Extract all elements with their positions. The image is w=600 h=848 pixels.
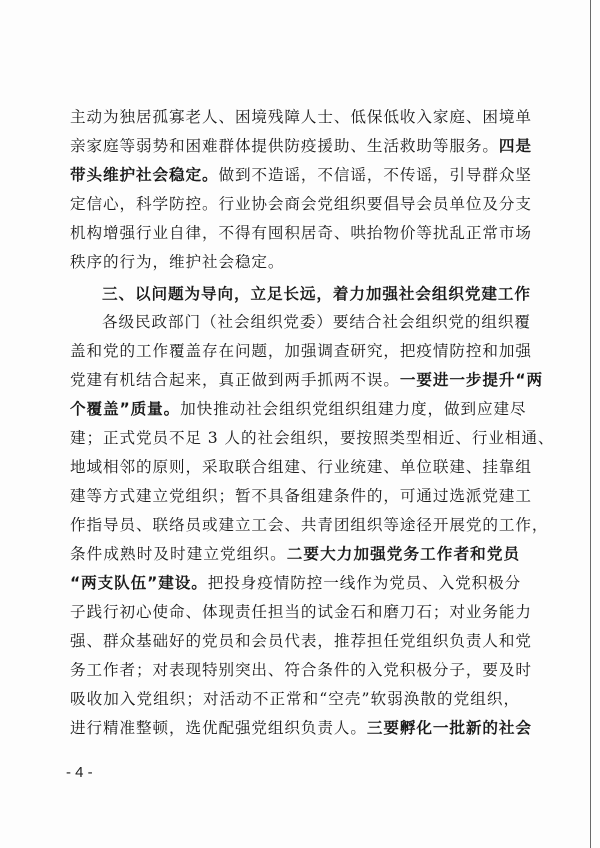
text-line: 条件成熟时及时建立党组织。二要大力加强党务工作者和党员 bbox=[70, 544, 520, 564]
text-segment: 条件成熟时及时建立党组织。 bbox=[70, 545, 287, 563]
text-line: 务工作者；对表现特别突出、符合条件的入党积极分子，要及时 bbox=[70, 660, 520, 680]
page-number: - 4 - bbox=[66, 764, 93, 781]
text-segment: 秩序的行为，维护社会稳定。 bbox=[70, 253, 284, 271]
text-segment: 子践行初心使命、体现责任担当的试金石和磨刀石；对业务能力 bbox=[70, 603, 532, 621]
text-segment: 进行精准整顿，选优配强党组织负责人。 bbox=[70, 719, 367, 737]
page-edge-line bbox=[590, 0, 591, 848]
text-line: 强、群众基础好的党员和会员代表，推荐担任党组织负责人和党 bbox=[70, 631, 520, 651]
text-segment: 做到不造谣，不信谣，不传谣，引导群众坚 bbox=[218, 166, 531, 184]
text-segment: 盖和党的工作覆盖存在问题，加强调查研究，把疫情防控和加强 bbox=[70, 342, 532, 360]
text-line: 主动为独居孤寡老人、困境残障人士、低保低收入家庭、困境单 bbox=[70, 107, 520, 127]
text-line: 党建有机结合起来，真正做到两手抓两不误。一要进一步提升“两 bbox=[70, 370, 520, 390]
text-segment: 务工作者；对表现特别突出、符合条件的入党积极分子，要及时 bbox=[70, 661, 532, 679]
text-segment: 作指导员、联络员或建立工会、共青团组织等途径开展党的工作， bbox=[70, 516, 548, 534]
text-segment: 加快推动社会组织党组织组建力度，做到应建尽 bbox=[180, 400, 526, 418]
text-line: 机构增强行业自律，不得有囤积居奇、哄抬物价等扰乱正常市场 bbox=[70, 223, 520, 243]
text-line: 进行精准整顿，选优配强党组织负责人。三要孵化一批新的社会 bbox=[70, 718, 520, 738]
document-page: 主动为独居孤寡老人、困境残障人士、低保低收入家庭、困境单 亲家庭等弱势和困难群体… bbox=[0, 0, 600, 848]
text-segment: 主动为独居孤寡老人、困境残障人士、低保低收入家庭、困境单 bbox=[70, 108, 532, 126]
text-segment: 把投身疫情防控一线作为党员、入党积极分 bbox=[208, 574, 521, 592]
text-segment: 党建有机结合起来，真正做到两手抓两不误。 bbox=[70, 371, 400, 389]
text-line: 吸收加入党组织；对活动不正常和“空壳”软弱涣散的党组织， bbox=[70, 689, 520, 709]
text-line: 个覆盖”质量。加快推动社会组织党组织组建力度，做到应建尽 bbox=[70, 399, 520, 419]
text-line: 秩序的行为，维护社会稳定。 bbox=[70, 252, 520, 272]
text-segment: 吸收加入党组织；对活动不正常和“空壳”软弱涣散的党组织， bbox=[70, 690, 520, 708]
text-line: 带头维护社会稳定。做到不造谣，不信谣，不传谣，引导群众坚 bbox=[70, 165, 520, 185]
bold-text-segment: 二要大力加强党务工作者和党员 bbox=[287, 545, 520, 563]
text-line: 建等方式建立党组织；暂不具备组建条件的，可通过选派党建工 bbox=[70, 486, 520, 506]
text-line: 亲家庭等弱势和困难群体提供防疫援助、生活救助等服务。四是 bbox=[70, 136, 520, 156]
text-line: 子践行初心使命、体现责任担当的试金石和磨刀石；对业务能力 bbox=[70, 602, 520, 622]
text-line: 各级民政部门（社会组织党委）要结合社会组织党的组织覆 bbox=[102, 312, 520, 332]
bold-text-segment: 一要进一步提升“两 bbox=[400, 371, 543, 389]
text-segment: 亲家庭等弱势和困难群体提供防疫援助、生活救助等服务。 bbox=[70, 137, 499, 155]
bold-text-segment: 三要孵化一批新的社会 bbox=[367, 719, 532, 737]
bold-text-segment: “两支队伍”建设。 bbox=[70, 574, 208, 592]
text-line: 定信心，科学防控。行业协会商会党组织要倡导会员单位及分支 bbox=[70, 194, 520, 214]
text-segment: 定信心，科学防控。行业协会商会党组织要倡导会员单位及分支 bbox=[70, 195, 532, 213]
text-segment: 强、群众基础好的党员和会员代表，推荐担任党组织负责人和党 bbox=[70, 632, 532, 650]
text-line: 建；正式党员不足 3 人的社会组织，要按照类型相近、行业相通、 bbox=[70, 428, 520, 448]
text-line: 地域相邻的原则，采取联合组建、行业统建、单位联建、挂靠组 bbox=[70, 457, 520, 477]
text-segment: 各级民政部门（社会组织党委）要结合社会组织党的组织覆 bbox=[102, 313, 531, 331]
text-segment: 机构增强行业自律，不得有囤积居奇、哄抬物价等扰乱正常市场 bbox=[70, 224, 532, 242]
bold-text-segment: 个覆盖”质量。 bbox=[70, 400, 180, 418]
section-heading: 三、以问题为导向，立足长远，着力加强社会组织党建工作 bbox=[102, 284, 520, 304]
text-line: 盖和党的工作覆盖存在问题，加强调查研究，把疫情防控和加强 bbox=[70, 341, 520, 361]
text-segment: 建等方式建立党组织；暂不具备组建条件的，可通过选派党建工 bbox=[70, 487, 532, 505]
text-segment: 地域相邻的原则，采取联合组建、行业统建、单位联建、挂靠组 bbox=[70, 458, 532, 476]
text-segment: 建；正式党员不足 3 人的社会组织，要按照类型相近、行业相通、 bbox=[70, 429, 554, 447]
section-heading-text: 三、以问题为导向，立足长远，着力加强社会组织党建工作 bbox=[102, 285, 531, 303]
text-line: “两支队伍”建设。把投身疫情防控一线作为党员、入党积极分 bbox=[70, 573, 520, 593]
bold-text-segment: 四是 bbox=[499, 137, 532, 155]
text-line: 作指导员、联络员或建立工会、共青团组织等途径开展党的工作， bbox=[70, 515, 520, 535]
bold-text-segment: 带头维护社会稳定。 bbox=[70, 166, 218, 184]
